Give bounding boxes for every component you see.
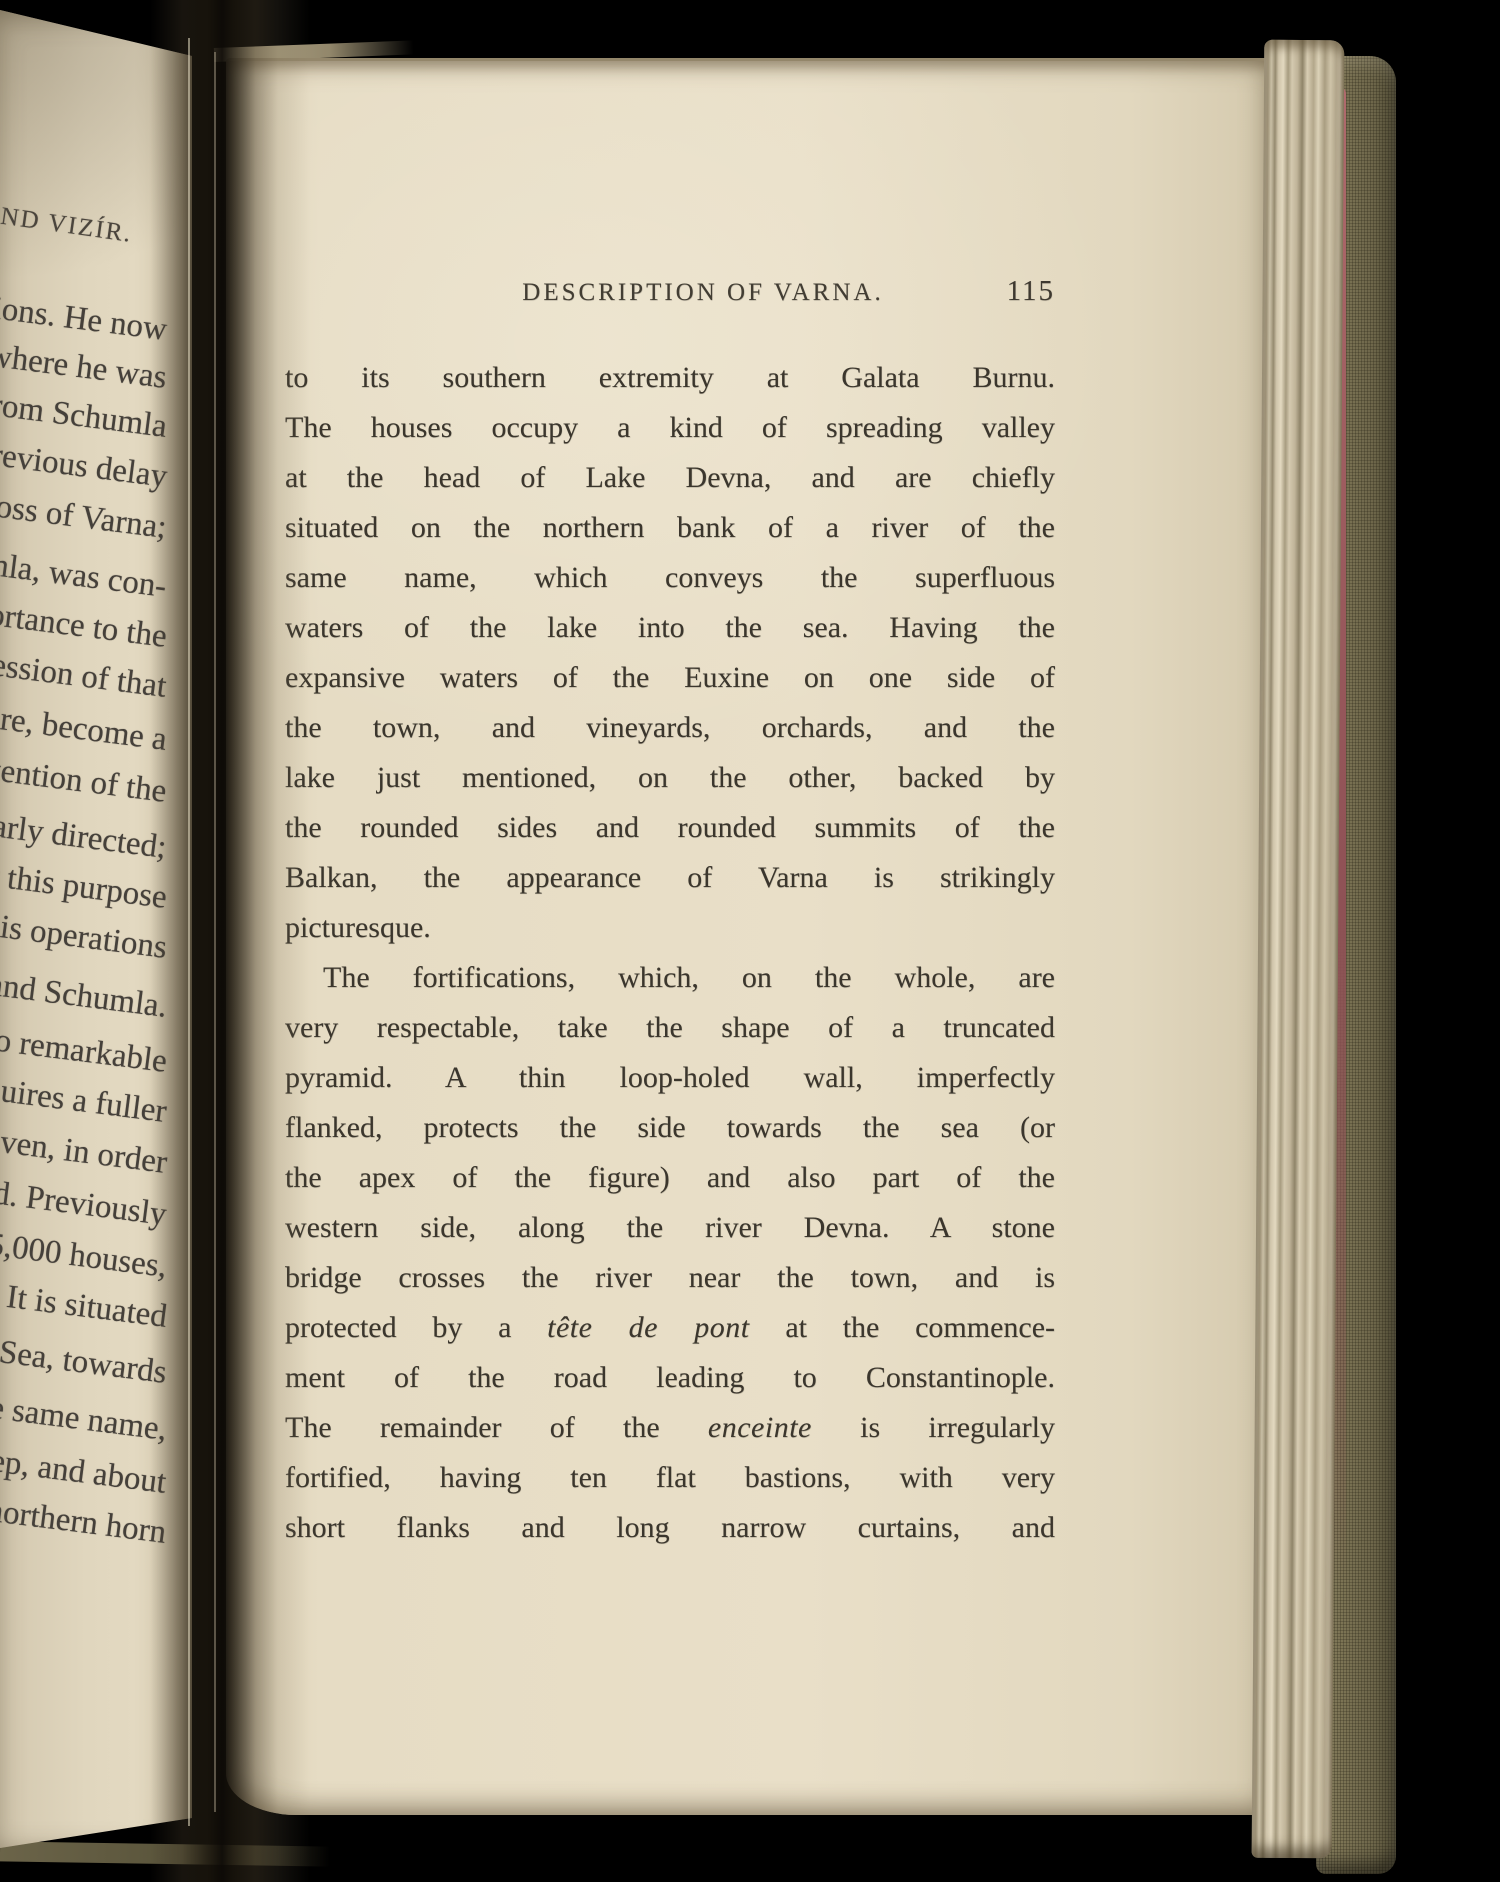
left-page-line-fragment: tions. He now xyxy=(0,289,169,349)
text-line: expansive waters of the Euxine on one si… xyxy=(285,653,1055,703)
text-line: The houses occupy a kind of spreading va… xyxy=(285,403,1055,453)
text-line: lake just mentioned, on the other, backe… xyxy=(285,753,1055,803)
text-line: Balkan, the appearance of Varna is strik… xyxy=(285,853,1055,903)
body-text: to its southern extremity at Galata Burn… xyxy=(285,353,1055,1553)
text-line: short flanks and long narrow curtains, a… xyxy=(285,1503,1055,1553)
text-line: fortified, having ten flat bastions, wit… xyxy=(285,1453,1055,1503)
left-page-line-fragment: f so remarkable xyxy=(0,1018,169,1080)
text-line: situated on the northern bank of a river… xyxy=(285,503,1055,553)
text-line: to its southern extremity at Galata Burn… xyxy=(285,353,1055,403)
text-line: same name, which conveys the superfluous xyxy=(285,553,1055,603)
text-line: waters of the lake into the sea. Having … xyxy=(285,603,1055,653)
page-number: 115 xyxy=(1007,275,1055,308)
left-page-running-head: AND VIZÍR. xyxy=(0,200,134,249)
text-line: at the head of Lake Devna, and are chief… xyxy=(285,453,1055,503)
left-page-line-fragment: It is situated xyxy=(4,1279,169,1336)
text-line: the apex of the figure) and also part of… xyxy=(285,1153,1055,1203)
text-line: protected by a tête de pont at the comme… xyxy=(285,1303,1055,1353)
cover-bottom-sliver xyxy=(0,1841,330,1866)
text-line: The fortifications, which, on the whole,… xyxy=(285,953,1055,1003)
text-line: the town, and vineyards, orchards, and t… xyxy=(285,703,1055,753)
left-page-line-fragment: given, in order xyxy=(0,1121,169,1182)
left-page-line-fragment: ck Sea, towards xyxy=(0,1329,169,1392)
fore-edge-page-stack xyxy=(1252,40,1345,1859)
left-page-line-fragment: attention of the xyxy=(0,749,169,811)
text-line: very respectable, take the shape of a tr… xyxy=(285,1003,1055,1053)
left-page-line-fragment: the same name, xyxy=(0,1387,169,1449)
text-line: flanked, protects the side towards the s… xyxy=(285,1103,1055,1153)
text-line: the rounded sides and rounded summits of… xyxy=(285,803,1055,853)
left-page-line-fragment: umla, was con- xyxy=(0,544,169,606)
text-line: western side, along the river Devna. A s… xyxy=(285,1203,1055,1253)
left-page-line-fragment: northern horn xyxy=(0,1493,169,1552)
text-line: pyramid. A thin loop-holed wall, imperfe… xyxy=(285,1053,1055,1103)
text-line: picturesque. xyxy=(285,903,1055,953)
left-page-line-fragment: his operations xyxy=(0,907,169,967)
left-page-line-fragment: loss of Varna; xyxy=(0,488,169,547)
left-page-line-fragment: portance to the xyxy=(0,595,169,656)
left-page-line-fragment: d 5,000 houses, xyxy=(0,1223,169,1285)
left-page-line-fragment: od. Previously xyxy=(0,1173,169,1234)
left-page-partial: AND VIZÍR. tions. He now; where he wased… xyxy=(0,6,192,1850)
gutter-fold-highlight xyxy=(188,38,190,1826)
gutter-fold-highlight-2 xyxy=(214,52,216,1812)
text-line: ment of the road leading to Constantinop… xyxy=(285,1353,1055,1403)
left-page-line-fragment: fore, become a xyxy=(0,698,169,759)
book-scan-photo: AND VIZÍR. tions. He now; where he wased… xyxy=(0,0,1500,1882)
running-head-title: DESCRIPTION OF VARNA. xyxy=(318,279,1088,307)
left-page-line-fragment: ularly directed; xyxy=(0,805,169,867)
text-line: bridge crosses the river near the town, … xyxy=(285,1253,1055,1303)
right-page: DESCRIPTION OF VARNA. 115 to its souther… xyxy=(226,58,1274,1815)
left-page-line-fragment: eep, and about xyxy=(0,1441,169,1502)
running-head: DESCRIPTION OF VARNA. 115 xyxy=(285,279,1055,315)
left-page-line-fragment: es and Schumla. xyxy=(0,962,169,1026)
text-line: The remainder of the enceinte is irregul… xyxy=(285,1403,1055,1453)
